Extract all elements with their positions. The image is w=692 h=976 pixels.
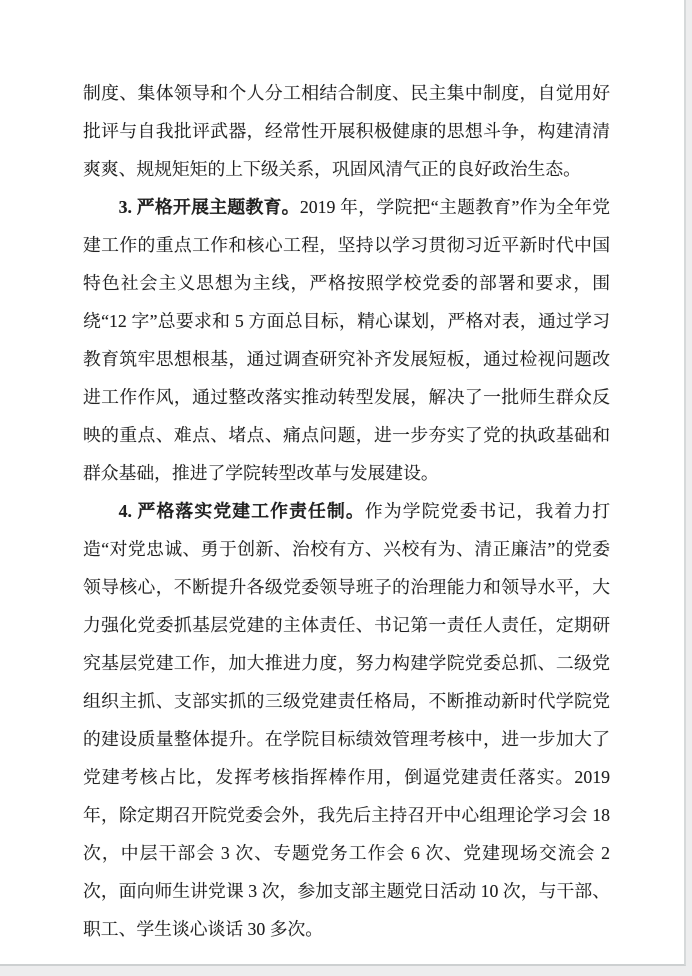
paragraph-text: 2019 年，学院把“主题教育”作为全年党建工作的重点工作和核心工程，坚持以学习… — [83, 197, 610, 483]
paragraph-text: 制度、集体领导和个人分工相结合制度、民主集中制度，自觉用好批评与自我批评武器，经… — [83, 83, 610, 179]
document-viewer: { "document": { "type": "scanned-report-… — [0, 0, 692, 976]
page-content: 制度、集体领导和个人分工相结合制度、民主集中制度，自觉用好批评与自我批评武器，经… — [83, 74, 610, 948]
paragraph-heading: 3. 严格开展主题教育。 — [119, 197, 300, 217]
document-page: 制度、集体领导和个人分工相结合制度、民主集中制度，自觉用好批评与自我批评武器，经… — [0, 0, 686, 966]
paragraph-text: 作为学院党委书记，我着力打造“对党忠诚、勇于创新、治校有方、兴校有为、清正廉洁”… — [83, 501, 610, 939]
paragraph-item-4: 4. 严格落实党建工作责任制。作为学院党委书记，我着力打造“对党忠诚、勇于创新、… — [83, 492, 610, 948]
paragraph-continuation: 制度、集体领导和个人分工相结合制度、民主集中制度，自觉用好批评与自我批评武器，经… — [83, 74, 610, 188]
paragraph-item-3: 3. 严格开展主题教育。2019 年，学院把“主题教育”作为全年党建工作的重点工… — [83, 188, 610, 492]
paragraph-heading: 4. 严格落实党建工作责任制。 — [119, 501, 365, 521]
